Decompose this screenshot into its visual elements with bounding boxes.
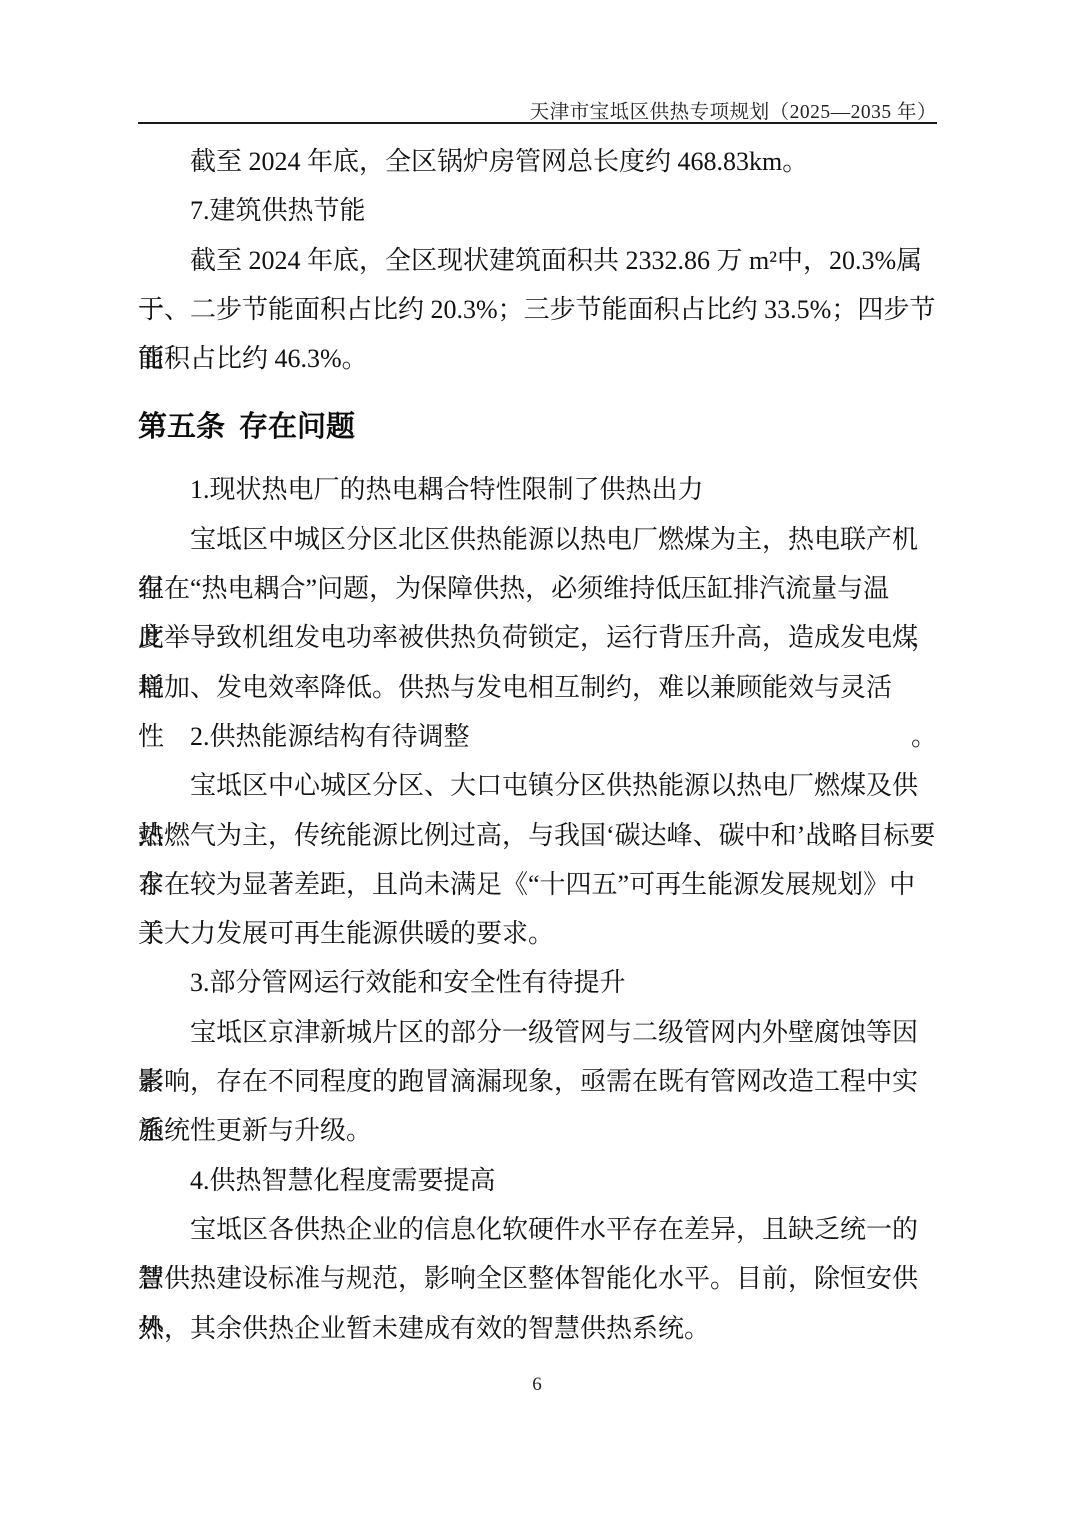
page-header: 天津市宝坻区供热专项规划（2025—2035 年）	[138, 96, 937, 124]
body-line: 4.供热智慧化程度需要提高	[138, 1156, 937, 1205]
body-line: 存在较为显著差距，且尚未满足《“十四五”可再生能源发展规划》中关	[138, 860, 937, 909]
body-line: 宝坻区京津新城片区的部分一级管网与二级管网内外壁腐蚀等因素	[138, 1008, 937, 1057]
section-heading: 第五条存在问题	[138, 402, 937, 452]
document-page: 天津市宝坻区供热专项规划（2025—2035 年） 截至 2024 年底，全区锅…	[0, 0, 1074, 1520]
body-line: 截至 2024 年底，全区现状建筑面积共 2332.86 万 m²中，20.3%…	[138, 236, 937, 285]
page-footer: 6	[0, 1374, 1074, 1396]
section-heading-title: 存在问题	[239, 411, 355, 443]
header-title: 天津市宝坻区供热专项规划（2025—2035 年）	[530, 102, 937, 123]
header-rule	[138, 122, 937, 124]
body-line: 面积占比约 46.3%。	[138, 334, 937, 383]
body-line: 宝坻区中心城区分区、大口屯镇分区供热能源以热电厂燃煤及供热	[138, 761, 937, 810]
body-line: 此举导致机组发电功率被供热负荷锁定，运行背压升高，造成发电煤耗	[138, 613, 937, 662]
body-line: 于大力发展可再生能源供暖的要求。	[138, 909, 937, 958]
body-line: 外，其余供热企业暂未建成有效的智慧供热系统。	[138, 1304, 937, 1353]
body-line: 一、二步节能面积占比约 20.3%；三步节能面积占比约 33.5%；四步节能	[138, 285, 937, 334]
document-body: 截至 2024 年底，全区锅炉房管网总长度约 468.83km。 7.建筑供热节…	[138, 137, 937, 1353]
body-line: 慧供热建设标准与规范，影响全区整体智能化水平。目前，除恒安供热	[138, 1254, 937, 1303]
body-line: 影响，存在不同程度的跑冒滴漏现象，亟需在既有管网改造工程中实施	[138, 1057, 937, 1106]
body-line: 存在“热电耦合”问题，为保障供热，必须维持低压缸排汽流量与温度，	[138, 564, 937, 613]
body-line: 宝坻区各供热企业的信息化软硬件水平存在差异，且缺乏统一的智	[138, 1205, 937, 1254]
section-heading-number: 第五条	[138, 411, 225, 443]
body-line: 增加、发电效率降低。供热与发电相互制约，难以兼顾能效与灵活性。	[138, 663, 937, 712]
body-line: 7.建筑供热节能	[138, 186, 937, 235]
body-line: 系统性更新与升级。	[138, 1106, 937, 1155]
body-line: 截至 2024 年底，全区锅炉房管网总长度约 468.83km。	[138, 137, 937, 186]
body-line: 站燃气为主，传统能源比例过高，与我国‘碳达峰、碳中和’战略目标要求	[138, 811, 937, 860]
body-line: 1.现状热电厂的热电耦合特性限制了供热出力	[138, 465, 937, 514]
page-number: 6	[532, 1374, 542, 1395]
body-line: 宝坻区中城区分区北区供热能源以热电厂燃煤为主，热电联产机组	[138, 515, 937, 564]
body-line: 3.部分管网运行效能和安全性有待提升	[138, 958, 937, 1007]
